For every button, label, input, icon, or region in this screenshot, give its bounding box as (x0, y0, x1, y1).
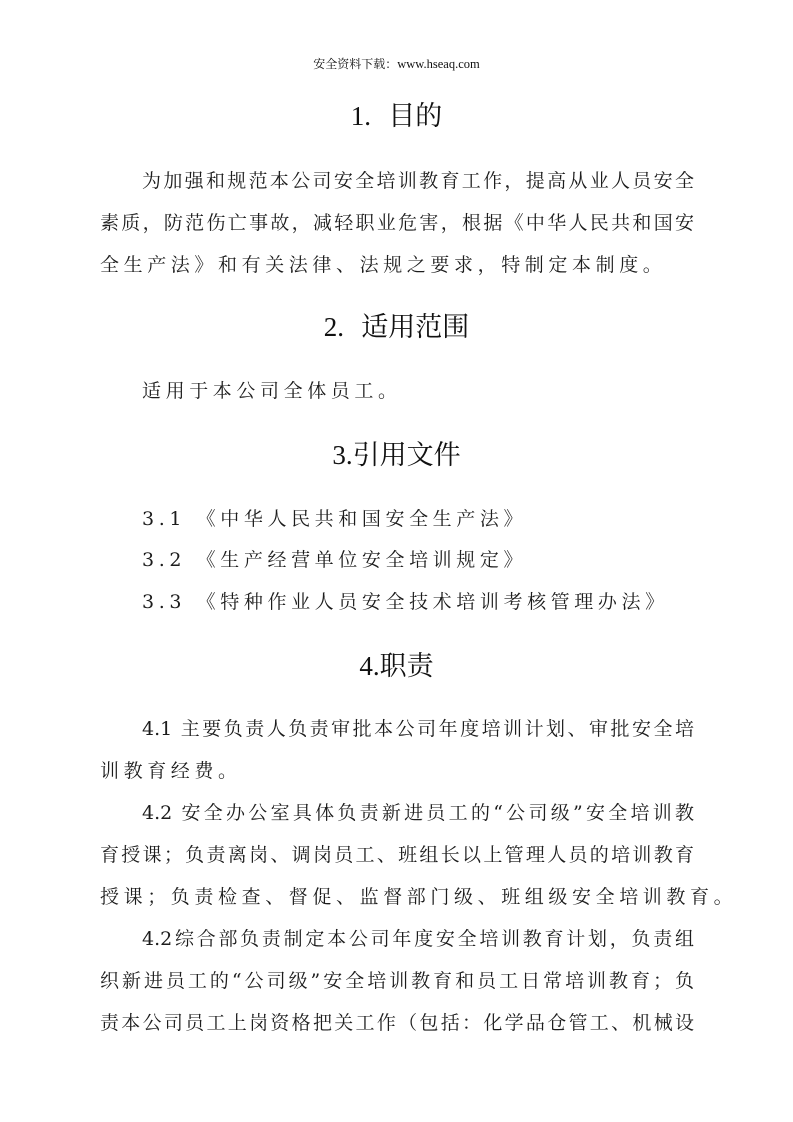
paragraph-line: 4.1 主要负责人负责审批本公司年度培训计划、审批安全培 (142, 716, 694, 742)
heading-number: 3. (332, 440, 352, 470)
heading-number: 1. (351, 101, 371, 131)
heading-title: 职责 (380, 651, 434, 682)
header-label: 安全资料下载： (313, 57, 397, 71)
reference-title: 《特种作业人员安全技术培训考核管理办法》 (197, 591, 669, 613)
paragraph-line: 适用于本公司全体员工。 (142, 378, 402, 404)
paragraph-line: 织新进员工的“公司级”安全培训教育和员工日常培训教育；负 (100, 968, 694, 994)
reference-item: 3.2 《生产经营单位安全培训规定》 (142, 547, 527, 573)
paragraph-line: 4.2 安全办公室具体负责新进员工的“公司级”安全培训教 (142, 800, 694, 826)
heading-title: 目的 (388, 101, 442, 132)
paragraph-line: 育授课；负责离岗、调岗员工、班组长以上管理人员的培训教育 (100, 842, 694, 868)
reference-number: 3.2 (142, 549, 186, 571)
paragraph-line: 素质，防范伤亡事故，减轻职业危害，根据《中华人民共和国安 (100, 210, 694, 236)
reference-item: 3.3 《特种作业人员安全技术培训考核管理办法》 (142, 589, 669, 615)
heading-number: 4. (359, 651, 379, 681)
paragraph-line: 4.2综合部负责制定本公司年度安全培训教育计划，负责组 (142, 926, 694, 952)
reference-title: 《生产经营单位安全培训规定》 (197, 549, 527, 571)
section-heading-purpose: 1. 目的 (0, 98, 793, 135)
section-heading-references: 3.引用文件 (0, 437, 793, 474)
section-heading-responsibilities: 4.职责 (0, 648, 793, 685)
reference-number: 3.1 (142, 508, 186, 530)
paragraph-line: 责本公司员工上岗资格把关工作（包括：化学品仓管工、机械设 (100, 1010, 694, 1036)
paragraph-line: 为加强和规范本公司安全培训教育工作，提高从业人员安全 (142, 168, 694, 194)
paragraph-line: 全生产法》和有关法律、法规之要求，特制定本制度。 (100, 252, 666, 278)
page-header: 安全资料下载：www.hseaq.com (0, 56, 793, 72)
section-heading-scope: 2. 适用范围 (0, 309, 793, 346)
reference-title: 《中华人民共和国安全生产法》 (197, 508, 527, 530)
reference-item: 3.1 《中华人民共和国安全生产法》 (142, 506, 527, 532)
paragraph-line: 训教育经费。 (100, 758, 242, 784)
reference-number: 3.3 (142, 591, 186, 613)
heading-title: 适用范围 (361, 312, 469, 343)
paragraph-line: 授课；负责检查、督促、监督部门级、班组级安全培训教育。 (100, 884, 737, 910)
heading-number: 2. (324, 312, 344, 342)
header-url: www.hseaq.com (397, 57, 480, 71)
heading-title: 引用文件 (353, 440, 461, 471)
